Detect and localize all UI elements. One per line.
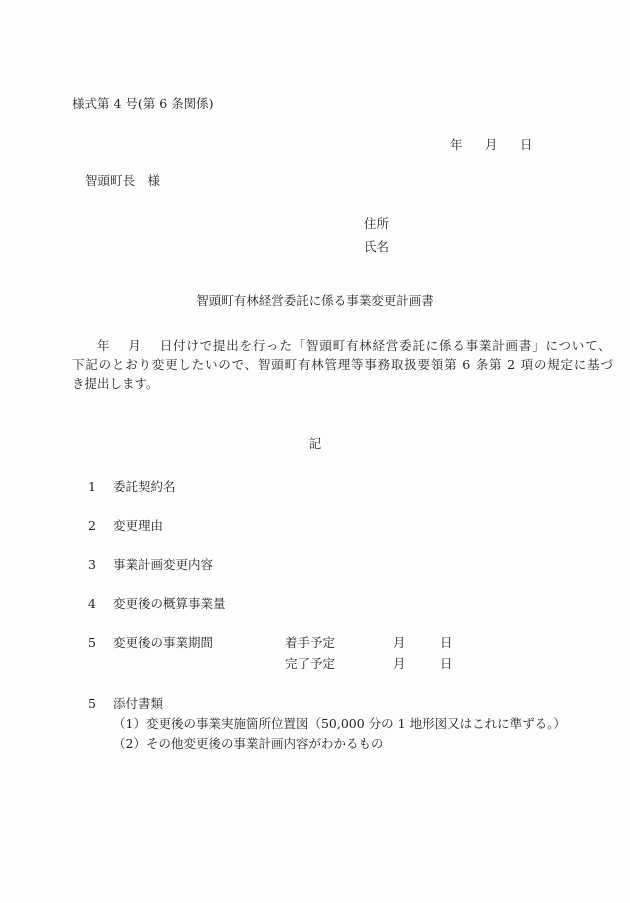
record-marker: 記 (0, 436, 630, 452)
schedule-month-label: 月 (393, 656, 406, 672)
form-number: 様式第 4 号(第 6 条関係) (72, 96, 214, 112)
paragraph-line-3: き提出します。 (72, 376, 159, 392)
document-title: 智頭町有林経営委託に係る事業変更計画書 (0, 293, 630, 309)
attachment-item-2: （2）その他変更後の事業計画内容がわかるもの (113, 736, 383, 752)
list-item: 1 委託契約名 (88, 479, 96, 495)
schedule-day-label: 日 (440, 656, 453, 672)
list-item: 5 変更後の事業期間 (88, 635, 96, 651)
schedule-label: 着手予定 (285, 635, 335, 650)
address-label: 住所 (364, 216, 389, 232)
schedule-row-start: 着手予定 月 日 (285, 635, 335, 651)
schedule-row-complete: 完了予定 月 日 (285, 656, 335, 672)
item-number: 4 (88, 596, 96, 611)
schedule-label: 完了予定 (285, 656, 335, 671)
item-number: 1 (88, 479, 96, 494)
list-item: 3 事業計画変更内容 (88, 557, 96, 573)
attachment-item-1: （1）変更後の事業実施箇所位置図（50,000 分の 1 地形図又はこれに準ずる… (113, 716, 566, 732)
list-item: 5 添付書類 (88, 696, 96, 712)
item-number: 2 (88, 518, 96, 533)
date-line: 年 月 日 (450, 137, 538, 153)
paragraph-line-1: 年 月 日付けで提出を行った「智頭町有林経営委託に係る事業計画書」について、 (97, 338, 611, 354)
item-label: 事業計画変更内容 (113, 557, 213, 573)
paragraph-line-2: 下記のとおり変更したいので、智頭町有林管理等事務取扱要領第 6 条第 2 項の規… (72, 357, 614, 373)
schedule-day-label: 日 (440, 635, 453, 651)
item-number: 3 (88, 557, 96, 572)
item-label: 添付書類 (113, 696, 163, 712)
document-page: 様式第 4 号(第 6 条関係) 年 月 日 智頭町長 様 住所 氏名 智頭町有… (0, 0, 630, 903)
list-item: 2 変更理由 (88, 518, 96, 534)
item-label: 委託契約名 (113, 479, 176, 495)
item-label: 変更後の事業期間 (113, 635, 213, 651)
item-label: 変更後の概算事業量 (113, 596, 226, 612)
name-label: 氏名 (364, 239, 389, 255)
item-label: 変更理由 (113, 518, 163, 534)
addressee: 智頭町長 様 (85, 173, 160, 189)
item-number: 5 (88, 696, 96, 711)
schedule-month-label: 月 (393, 635, 406, 651)
list-item: 4 変更後の概算事業量 (88, 596, 96, 612)
item-number: 5 (88, 635, 96, 650)
